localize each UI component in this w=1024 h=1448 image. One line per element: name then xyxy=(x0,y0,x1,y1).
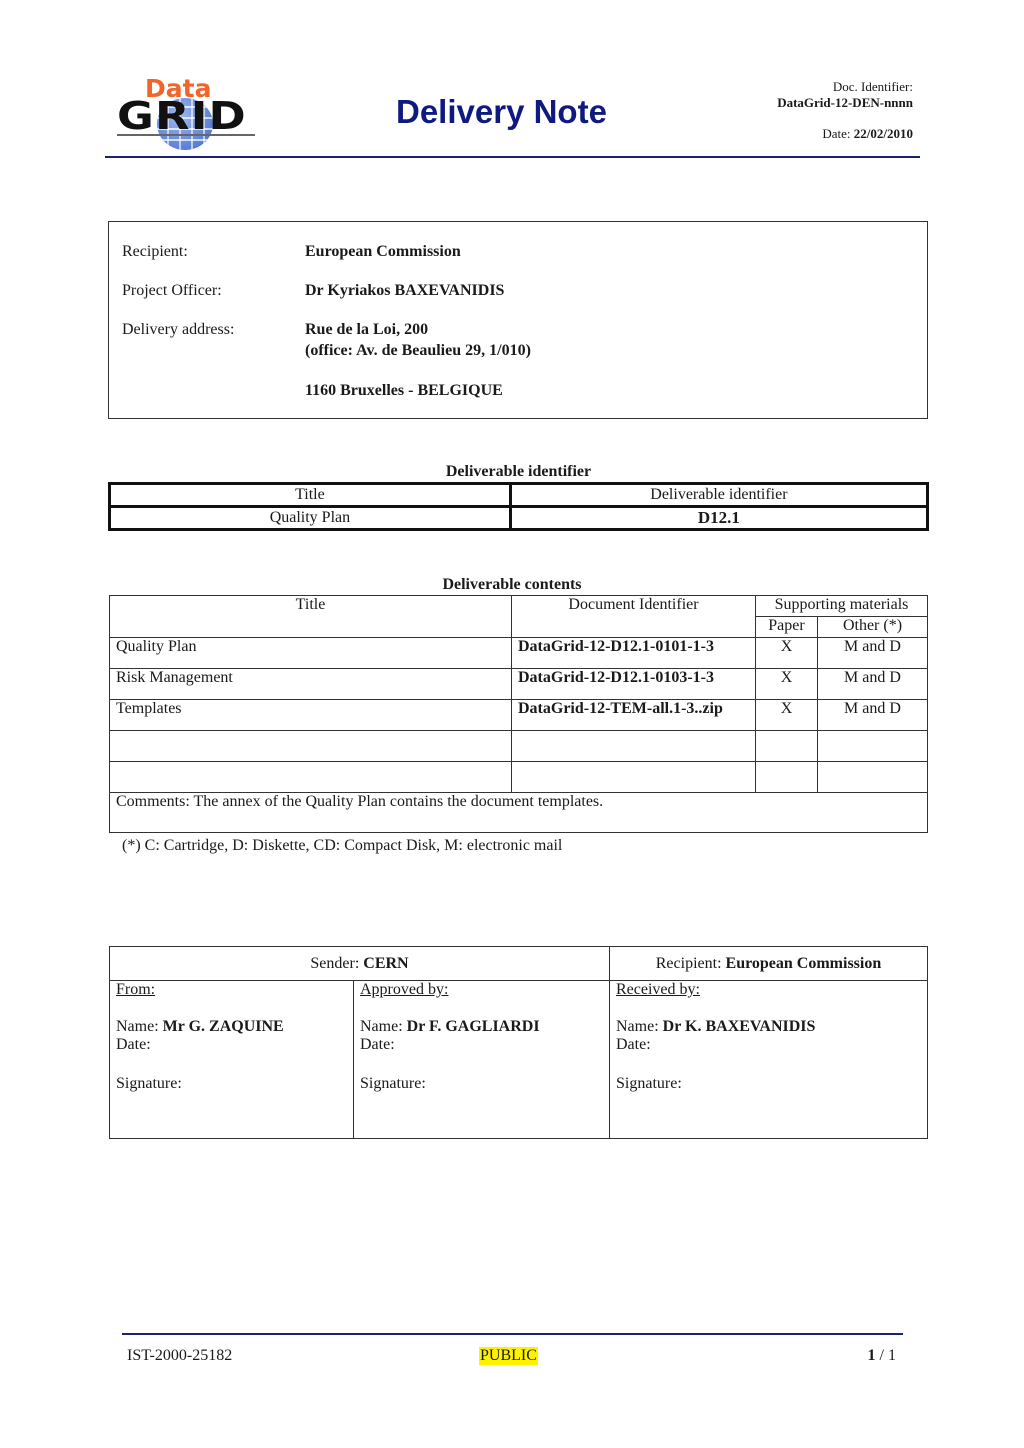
cell-title: Templates xyxy=(110,700,512,731)
from-heading: From: xyxy=(116,981,347,999)
cell-deliverable-id: D12.1 xyxy=(510,507,927,530)
table-header-row: Title Document Identifier Supporting mat… xyxy=(110,596,928,617)
cell-other: M and D xyxy=(818,638,928,669)
cell-doc-id: DataGrid-12-TEM-all.1-3..zip xyxy=(512,700,756,731)
page-title: Delivery Note xyxy=(396,93,607,131)
date-value: 22/02/2010 xyxy=(854,126,913,141)
header-paper: Paper xyxy=(756,617,818,638)
approved-name: Dr F. GAGLIARDI xyxy=(407,1018,540,1035)
cell-paper: X xyxy=(756,669,818,700)
cell-title: Quality Plan xyxy=(110,507,511,530)
address-label: Delivery address: xyxy=(122,321,234,339)
cell-other: M and D xyxy=(818,700,928,731)
table-header-row: Title Deliverable identifier xyxy=(110,484,928,507)
signature-label: Signature: xyxy=(360,1075,603,1093)
comments: Comments: The annex of the Quality Plan … xyxy=(110,793,928,833)
address-line-3: 1160 Bruxelles - BELGIQUE xyxy=(305,382,503,400)
signature-received: Received by: Name: Dr K. BAXEVANIDIS Dat… xyxy=(610,981,928,1139)
deliverable-contents-table: Title Document Identifier Supporting mat… xyxy=(109,595,928,833)
cell-doc-id: DataGrid-12-D12.1-0101-1-3 xyxy=(512,638,756,669)
cell-other xyxy=(818,762,928,793)
header-title: Title xyxy=(110,596,512,638)
address-line-1: Rue de la Loi, 200 xyxy=(305,321,428,339)
table-row xyxy=(110,762,928,793)
doc-date: Date: 22/02/2010 xyxy=(822,126,913,142)
deliverable-identifier-caption: Deliverable identifier xyxy=(108,463,929,481)
officer-label: Project Officer: xyxy=(122,282,222,300)
doc-identifier: DataGrid-12-DEN-nnnn xyxy=(777,95,913,110)
signature-table: Sender: CERN Recipient: European Commiss… xyxy=(109,946,928,1139)
approved-heading: Approved by: xyxy=(360,981,603,999)
footnote: (*) C: Cartridge, D: Diskette, CD: Compa… xyxy=(122,837,562,855)
date-label: Date: xyxy=(116,1036,347,1054)
header-doc-id: Document Identifier xyxy=(512,596,756,638)
cell-paper: X xyxy=(756,700,818,731)
cell-title: Risk Management xyxy=(110,669,512,700)
from-name: Mr G. ZAQUINE xyxy=(163,1018,284,1035)
cell-doc-id xyxy=(512,731,756,762)
deliverable-identifier-table: Title Deliverable identifier Quality Pla… xyxy=(108,482,929,531)
deliverable-contents-caption: Deliverable contents xyxy=(109,576,915,594)
signature-label: Signature: xyxy=(616,1075,921,1093)
page-separator: / xyxy=(876,1347,888,1364)
cell-paper: X xyxy=(756,638,818,669)
recipient-label: Recipient: xyxy=(656,955,722,972)
cell-paper xyxy=(756,762,818,793)
recipient-label: Recipient: xyxy=(122,243,188,261)
address-line-2: (office: Av. de Beaulieu 29, 1/010) xyxy=(305,342,531,360)
sender-label: Sender: xyxy=(310,955,359,972)
doc-identifier-label: Doc. Identifier: xyxy=(777,79,913,95)
cell-other xyxy=(818,731,928,762)
name-label: Name: xyxy=(616,1018,659,1035)
footer-divider xyxy=(122,1333,903,1335)
cell-paper xyxy=(756,731,818,762)
name-label: Name: xyxy=(360,1018,403,1035)
header-divider xyxy=(105,156,920,158)
datagrid-logo: GRID Data xyxy=(115,76,260,152)
cell-doc-id xyxy=(512,762,756,793)
page-total: 1 xyxy=(888,1347,896,1364)
table-row: Templates DataGrid-12-TEM-all.1-3..zip X… xyxy=(110,700,928,731)
header-deliverable-id: Deliverable identifier xyxy=(510,484,927,507)
sender-header: Sender: CERN xyxy=(110,947,610,981)
recipient-value: European Commission xyxy=(726,955,882,972)
received-name: Dr K. BAXEVANIDIS xyxy=(663,1018,816,1035)
table-row xyxy=(110,731,928,762)
signature-from: From: Name: Mr G. ZAQUINE Date: Signatur… xyxy=(110,981,354,1139)
officer-value: Dr Kyriakos BAXEVANIDIS xyxy=(305,282,504,300)
signature-header-row: Sender: CERN Recipient: European Commiss… xyxy=(110,947,928,981)
header-other: Other (*) xyxy=(818,617,928,638)
table-row: Quality Plan D12.1 xyxy=(110,507,928,530)
cell-other: M and D xyxy=(818,669,928,700)
cell-title xyxy=(110,731,512,762)
header-title: Title xyxy=(110,484,511,507)
project-number: IST-2000-25182 xyxy=(127,1347,232,1365)
date-label: Date: xyxy=(822,126,850,141)
date-label: Date: xyxy=(616,1036,921,1054)
received-heading: Received by: xyxy=(616,981,921,999)
recipient-header: Recipient: European Commission xyxy=(610,947,928,981)
sender-value: CERN xyxy=(363,955,408,972)
classification-badge: PUBLIC xyxy=(479,1347,538,1365)
table-row: Risk Management DataGrid-12-D12.1-0103-1… xyxy=(110,669,928,700)
signature-label: Signature: xyxy=(116,1075,347,1093)
recipient-box: Recipient: European Commission Project O… xyxy=(108,221,928,419)
cell-title xyxy=(110,762,512,793)
header-supporting-materials: Supporting materials xyxy=(756,596,928,617)
doc-identifier-block: Doc. Identifier: DataGrid-12-DEN-nnnn xyxy=(777,79,913,111)
cell-doc-id: DataGrid-12-D12.1-0103-1-3 xyxy=(512,669,756,700)
name-label: Name: xyxy=(116,1018,159,1035)
date-label: Date: xyxy=(360,1036,603,1054)
signature-body-row: From: Name: Mr G. ZAQUINE Date: Signatur… xyxy=(110,981,928,1139)
recipient-value: European Commission xyxy=(305,243,461,261)
comments-row: Comments: The annex of the Quality Plan … xyxy=(110,793,928,833)
signature-approved: Approved by: Name: Dr F. GAGLIARDI Date:… xyxy=(354,981,610,1139)
logo-underline xyxy=(117,134,255,136)
logo-data-text: Data xyxy=(145,74,211,103)
page-number: 1 / 1 xyxy=(868,1347,896,1365)
cell-title: Quality Plan xyxy=(110,638,512,669)
table-row: Quality Plan DataGrid-12-D12.1-0101-1-3 … xyxy=(110,638,928,669)
page-current: 1 xyxy=(868,1347,876,1364)
